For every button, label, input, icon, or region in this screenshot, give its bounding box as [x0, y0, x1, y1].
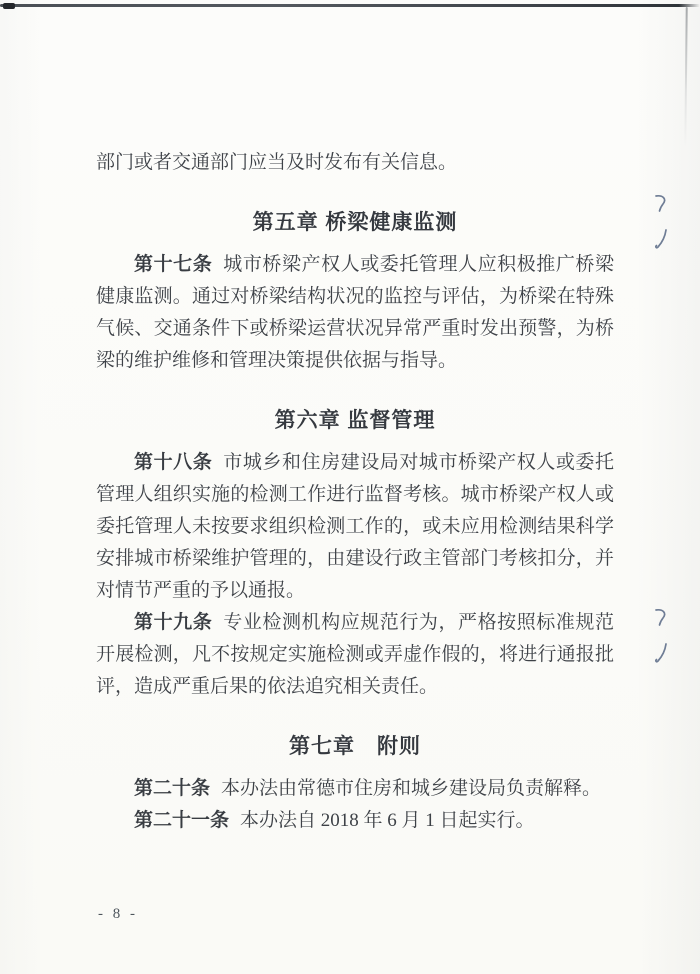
- chapter-heading-6: 第六章 监督管理: [96, 408, 614, 434]
- pen-mark-icon: [650, 606, 672, 672]
- chapter-heading-5: 第五章 桥梁健康监测: [96, 210, 614, 236]
- article-19-paragraph: 第十九条专业检测机构应规范行为，严格按照标准规范开展检测，凡不按规定实施检测或弄…: [96, 607, 614, 703]
- article-20-text: 本办法由常德市住房和城乡建设局负责解释。: [221, 778, 601, 799]
- article-20-paragraph: 第二十条本办法由常德市住房和城乡建设局负责解释。: [96, 773, 614, 805]
- scan-edge-right: [684, 7, 687, 147]
- lead-paragraph: 部门或者交通部门应当及时发布有关信息。: [96, 147, 614, 179]
- article-17-number: 第十七条: [134, 254, 212, 275]
- article-17-paragraph: 第十七条城市桥梁产权人或委托管理人应积极推广桥梁健康监测。通过对桥梁结构状况的监…: [96, 249, 614, 377]
- chapter-heading-7: 第七章 附则: [96, 734, 614, 760]
- pen-marks-lower: [650, 606, 672, 672]
- document-page: 部门或者交通部门应当及时发布有关信息。 第五章 桥梁健康监测 第十七条城市桥梁产…: [0, 0, 700, 974]
- article-21-number: 第二十一条: [134, 810, 229, 831]
- article-19-number: 第十九条: [134, 612, 212, 633]
- scan-corner-blob: [3, 3, 15, 9]
- lead-text: 部门或者交通部门应当及时发布有关信息。: [96, 152, 457, 173]
- scan-edge-top: [0, 4, 700, 7]
- article-18-paragraph: 第十八条市城乡和住房建设局对城市桥梁产权人或委托管理人组织实施的检测工作进行监督…: [96, 447, 614, 607]
- article-21-text: 本办法自 2018 年 6 月 1 日起实行。: [240, 810, 535, 831]
- article-18-number: 第十八条: [134, 452, 212, 473]
- article-18-text: 市城乡和住房建设局对城市桥梁产权人或委托管理人组织实施的检测工作进行监督考核。城…: [96, 452, 614, 601]
- document-body: 部门或者交通部门应当及时发布有关信息。 第五章 桥梁健康监测 第十七条城市桥梁产…: [96, 147, 614, 837]
- article-20-number: 第二十条: [134, 778, 210, 799]
- pen-marks-upper: [650, 192, 672, 258]
- page-number: - 8 -: [98, 906, 138, 923]
- pen-mark-icon: [650, 192, 672, 258]
- article-21-paragraph: 第二十一条本办法自 2018 年 6 月 1 日起实行。: [96, 805, 614, 837]
